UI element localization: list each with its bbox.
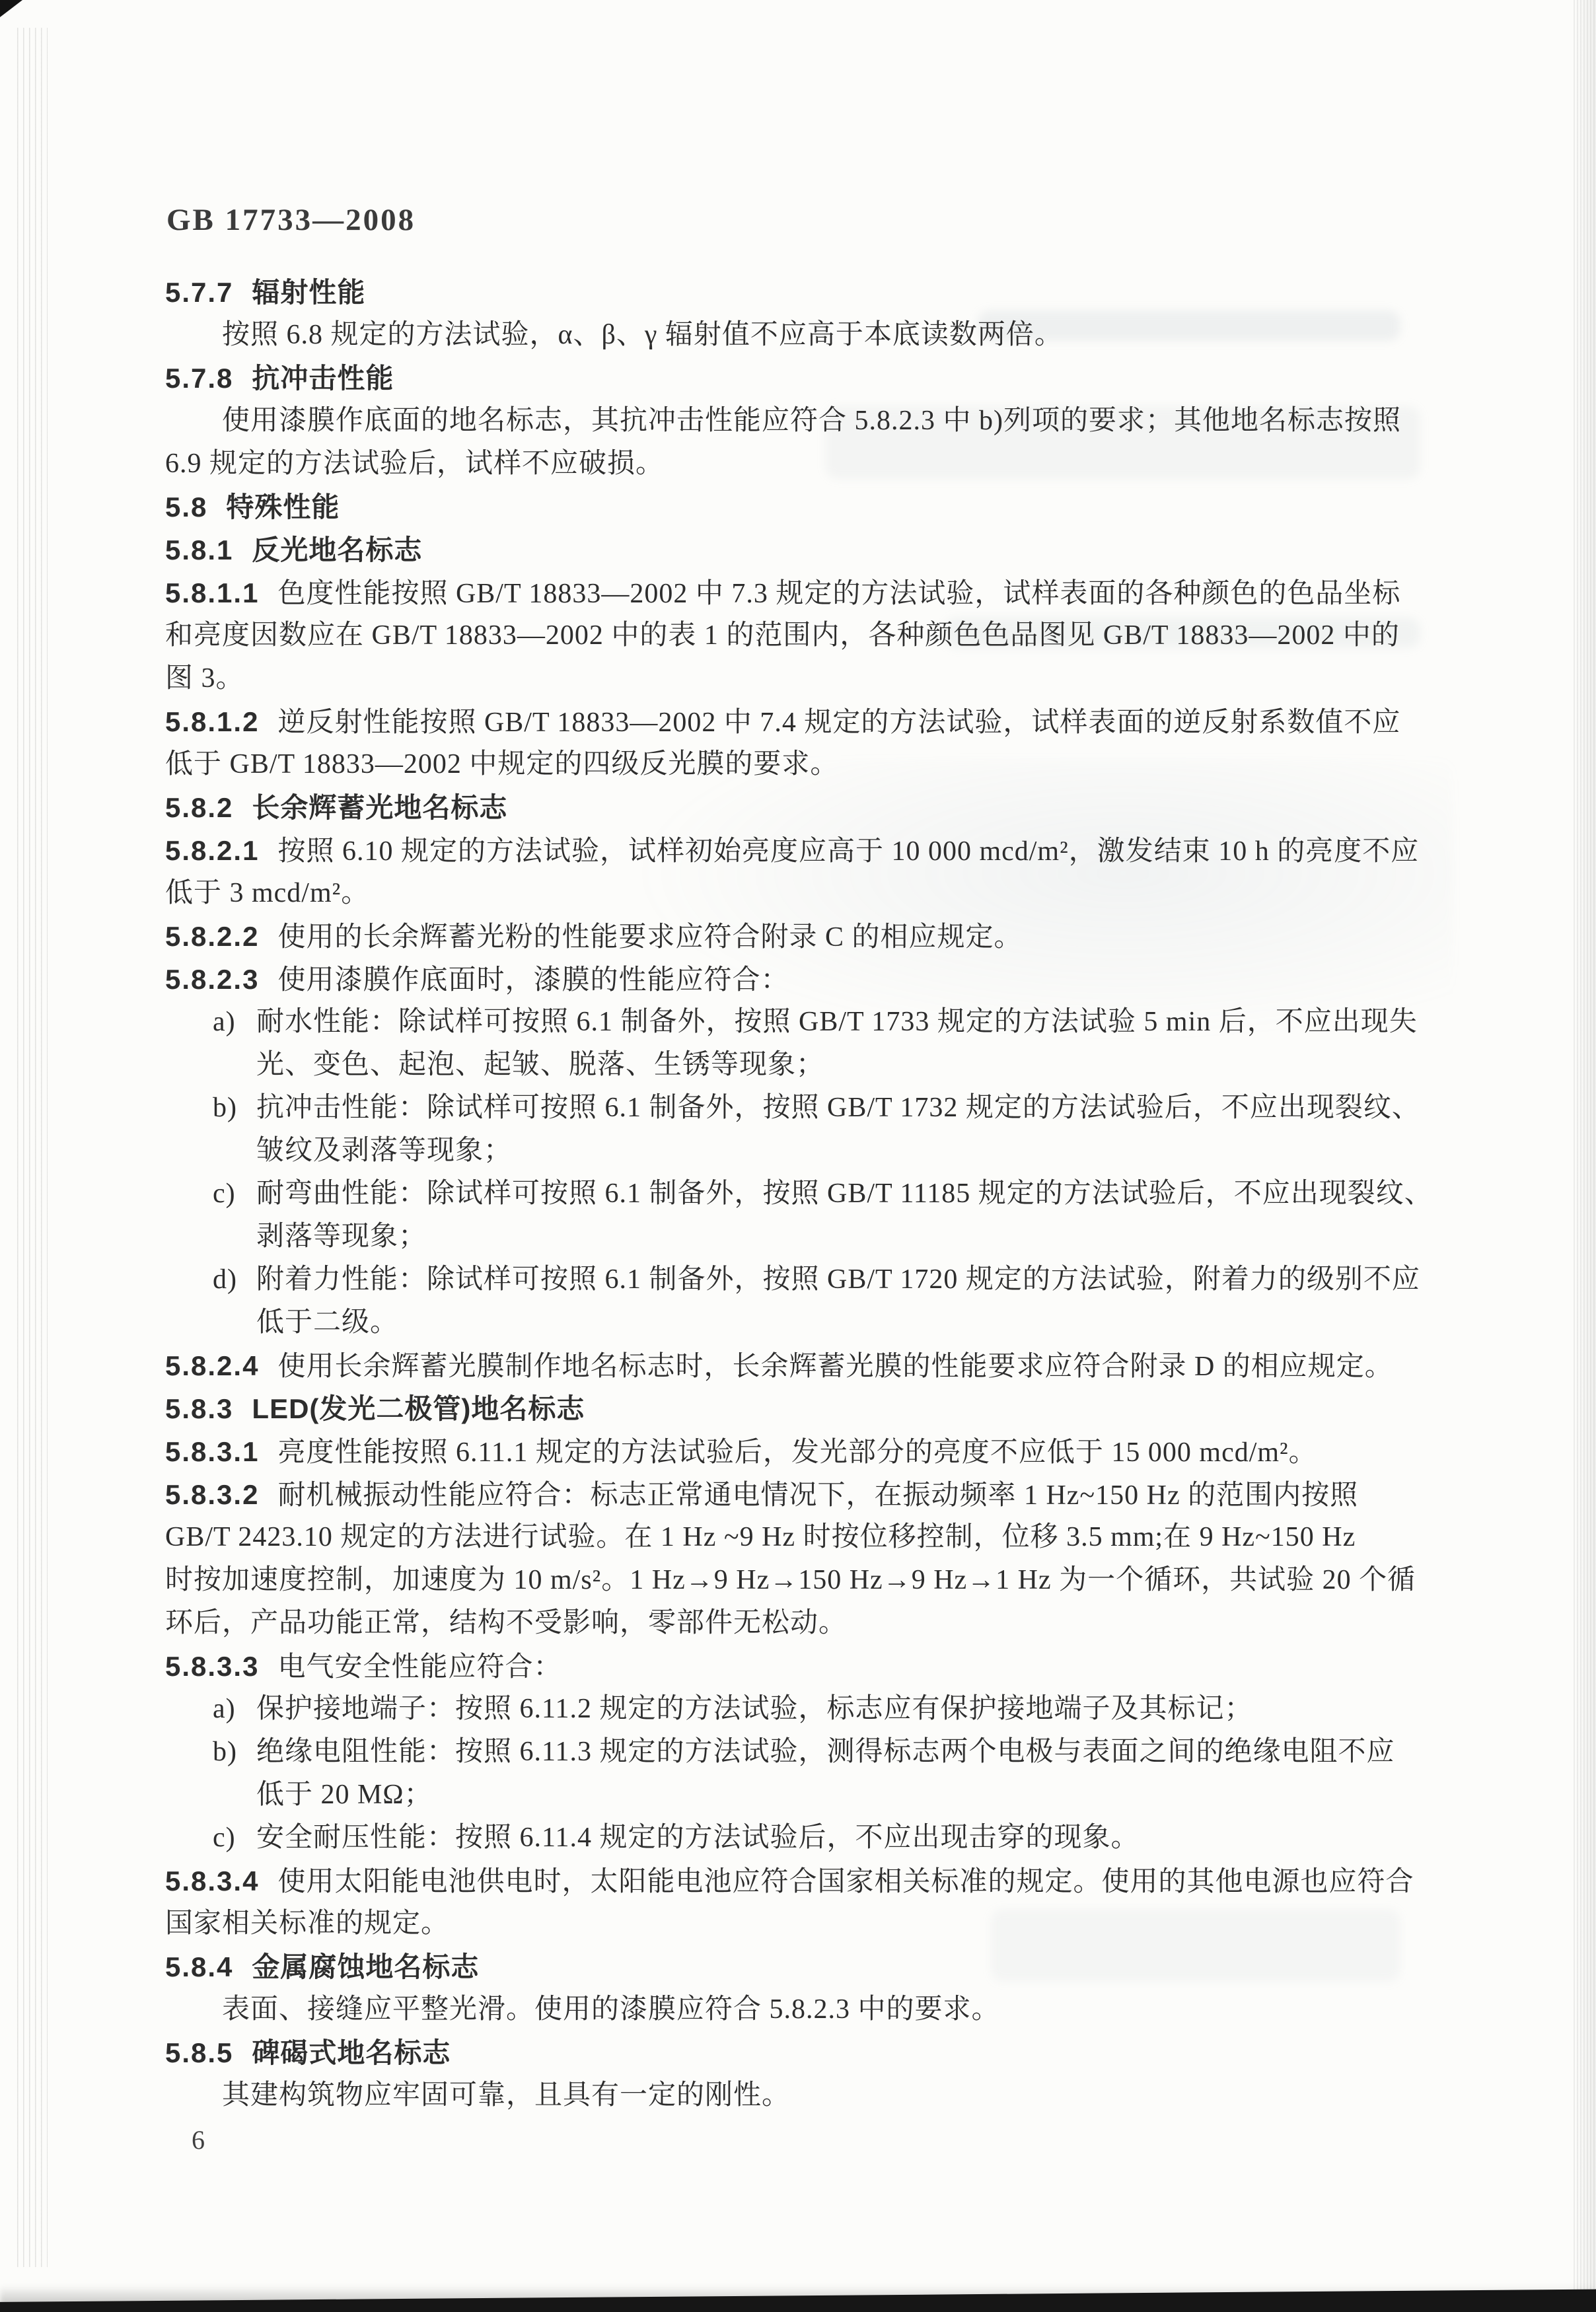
doc-line: a)耐水性能：除试样可按照 6.1 制备外，按照 GB/T 1733 规定的方法… xyxy=(165,1001,1437,1044)
clause-number: 5.8.3 xyxy=(165,1393,233,1424)
line-text: 环后，产品功能正常，结构不受影响，零部件无松动。 xyxy=(165,1608,847,1638)
clause-number: 5.8.2.3 xyxy=(165,964,259,995)
clause-number: 5.8.3.4 xyxy=(165,1865,259,1897)
doc-line: b)绝缘电阻性能：按照 6.11.3 规定的方法试验，测得标志两个电极与表面之间… xyxy=(165,1731,1437,1774)
doc-line: 低于 GB/T 18833—2002 中规定的四级反光膜的要求。 xyxy=(165,743,1437,786)
doc-line: 表面、接缝应平整光滑。使用的漆膜应符合 5.8.2.3 中的要求。 xyxy=(165,1988,1437,2031)
line-text: 光、变色、起泡、起皱、脱落、生锈等现象； xyxy=(256,1050,824,1080)
line-text: 使用漆膜作底面的地名标志，其抗冲击性能应符合 5.8.2.3 中 b)列项的要求… xyxy=(222,406,1401,436)
line-text: 低于二级。 xyxy=(256,1307,398,1338)
line-text: 耐机械振动性能应符合：标志正常通电情况下，在振动频率 1 Hz~150 Hz 的… xyxy=(277,1480,1358,1511)
line-text: 使用的长余辉蓄光粉的性能要求应符合附录 C 的相应规定。 xyxy=(277,922,1022,953)
line-text: 使用长余辉蓄光膜制作地名标志时，长余辉蓄光膜的性能要求应符合附录 D 的相应规定… xyxy=(277,1352,1393,1382)
line-text: 色度性能按照 GB/T 18833—2002 中 7.3 规定的方法试验，试样表… xyxy=(277,579,1400,609)
doc-line: 其建构筑物应牢固可靠，且具有一定的刚性。 xyxy=(165,2074,1437,2117)
clause-number: 5.8.4 xyxy=(165,1951,233,1982)
list-label: a) xyxy=(213,1688,256,1731)
doc-line: 和亮度因数应在 GB/T 18833—2002 中的表 1 的范围内，各种颜色色… xyxy=(165,614,1437,657)
line-text: 6.9 规定的方法试验后，试样不应破损。 xyxy=(165,449,664,479)
line-text: 图 3。 xyxy=(165,663,244,694)
line-text: 金属腐蚀地名标志 xyxy=(252,1951,479,1982)
doc-line: 5.8.1.1色度性能按照 GB/T 18833—2002 中 7.3 规定的方… xyxy=(165,571,1437,614)
clause-number: 5.8.3.1 xyxy=(165,1436,259,1467)
line-text: 剥落等现象； xyxy=(256,1221,427,1252)
doc-line: 按照 6.8 规定的方法试验，α、β、γ 辐射值不应高于本底读数两倍。 xyxy=(165,314,1437,357)
line-text: 表面、接缝应平整光滑。使用的漆膜应符合 5.8.2.3 中的要求。 xyxy=(222,1994,1000,2025)
clause-number: 5.8.1 xyxy=(165,534,233,565)
doc-line: a)保护接地端子：按照 6.11.2 规定的方法试验，标志应有保护接地端子及其标… xyxy=(165,1688,1437,1731)
line-text: 亮度性能按照 6.11.1 规定的方法试验后，发光部分的亮度不应低于 15 00… xyxy=(277,1437,1317,1468)
doc-line: c)耐弯曲性能：除试样可按照 6.1 制备外，按照 GB/T 11185 规定的… xyxy=(165,1173,1437,1215)
doc-line: d)附着力性能：除试样可按照 6.1 制备外，按照 GB/T 1720 规定的方… xyxy=(165,1258,1437,1301)
clause-number: 5.8.2.2 xyxy=(165,921,259,952)
list-label: d) xyxy=(213,1258,256,1301)
line-text: 使用漆膜作底面时，漆膜的性能应符合： xyxy=(277,965,789,995)
list-label: a) xyxy=(213,1001,256,1044)
doc-line: 使用漆膜作底面的地名标志，其抗冲击性能应符合 5.8.2.3 中 b)列项的要求… xyxy=(165,400,1437,443)
line-text: 时按加速度控制，加速度为 10 m/s²。1 Hz→9 Hz→150 Hz→9 … xyxy=(165,1565,1416,1595)
line-text: 和亮度因数应在 GB/T 18833—2002 中的表 1 的范围内，各种颜色色… xyxy=(165,620,1400,651)
line-text: 保护接地端子：按照 6.11.2 规定的方法试验，标志应有保护接地端子及其标记； xyxy=(256,1694,1252,1724)
page-number: 6 xyxy=(192,2124,205,2155)
line-text: 低于 20 MΩ； xyxy=(256,1780,433,1810)
document-body: 5.7.7辐射性能按照 6.8 规定的方法试验，α、β、γ 辐射值不应高于本底读… xyxy=(165,271,1437,2117)
doc-line: c)安全耐压性能：按照 6.11.4 规定的方法试验后，不应出现击穿的现象。 xyxy=(165,1817,1437,1860)
doc-line: 5.8.2.1按照 6.10 规定的方法试验，试样初始亮度应高于 10 000 … xyxy=(165,829,1437,872)
line-text: 碑碣式地名标志 xyxy=(252,2037,451,2068)
doc-line: 5.8.2.4使用长余辉蓄光膜制作地名标志时，长余辉蓄光膜的性能要求应符合附录 … xyxy=(165,1344,1437,1387)
list-label: b) xyxy=(213,1087,256,1130)
doc-line: 低于 3 mcd/m²。 xyxy=(165,872,1437,915)
doc-line: 5.8.3.3电气安全性能应符合： xyxy=(165,1645,1437,1688)
doc-line: 5.8.3.1亮度性能按照 6.11.1 规定的方法试验后，发光部分的亮度不应低… xyxy=(165,1430,1437,1473)
line-text: 使用太阳能电池供电时，太阳能电池应符合国家相关标准的规定。使用的其他电源也应符合 xyxy=(277,1867,1414,1897)
line-text: 附着力性能：除试样可按照 6.1 制备外，按照 GB/T 1720 规定的方法试… xyxy=(256,1264,1420,1295)
doc-line: 环后，产品功能正常，结构不受影响，零部件无松动。 xyxy=(165,1602,1437,1645)
clause-number: 5.8.1.1 xyxy=(165,577,259,608)
doc-line: 5.8.4金属腐蚀地名标志 xyxy=(165,1945,1437,1988)
clause-number: 5.8.5 xyxy=(165,2037,233,2068)
doc-line: 剥落等现象； xyxy=(165,1215,1437,1258)
doc-line: 5.8.2.3使用漆膜作底面时，漆膜的性能应符合： xyxy=(165,958,1437,1001)
standard-number-header: GB 17733—2008 xyxy=(166,202,416,238)
line-text: 耐水性能：除试样可按照 6.1 制备外，按照 GB/T 1733 规定的方法试验… xyxy=(256,1007,1418,1037)
line-text: 绝缘电阻性能：按照 6.11.3 规定的方法试验，测得标志两个电极与表面之间的绝… xyxy=(256,1737,1395,1767)
line-text: 皱纹及剥落等现象； xyxy=(256,1136,512,1166)
doc-line: 5.8特殊性能 xyxy=(165,486,1437,528)
doc-line: 图 3。 xyxy=(165,657,1437,700)
list-label: c) xyxy=(213,1173,256,1215)
clause-number: 5.8.2 xyxy=(165,792,233,823)
line-text: 低于 3 mcd/m²。 xyxy=(165,878,369,908)
doc-line: 5.7.8抗冲击性能 xyxy=(165,357,1437,400)
doc-line: 低于 20 MΩ； xyxy=(165,1774,1437,1817)
line-text: LED(发光二极管)地名标志 xyxy=(252,1393,585,1424)
clause-number: 5.8.2.1 xyxy=(165,835,259,866)
doc-line: 5.8.3LED(发光二极管)地名标志 xyxy=(165,1387,1437,1430)
line-text: GB/T 2423.10 规定的方法进行试验。在 1 Hz ~9 Hz 时按位移… xyxy=(165,1522,1356,1552)
list-label: c) xyxy=(213,1817,256,1860)
clause-number: 5.8 xyxy=(165,491,207,523)
scan-corner-artifact xyxy=(0,0,22,17)
list-label: b) xyxy=(213,1731,256,1774)
scan-edge-streaks xyxy=(1574,0,1596,2312)
doc-line: 5.8.5碑碣式地名标志 xyxy=(165,2031,1437,2074)
clause-number: 5.8.3.2 xyxy=(165,1479,259,1510)
doc-line: 光、变色、起泡、起皱、脱落、生锈等现象； xyxy=(165,1044,1437,1087)
line-text: 国家相关标准的规定。 xyxy=(165,1908,449,1939)
line-text: 反光地名标志 xyxy=(252,534,422,565)
doc-line: 5.8.2长余辉蓄光地名标志 xyxy=(165,786,1437,829)
line-text: 安全耐压性能：按照 6.11.4 规定的方法试验后，不应出现击穿的现象。 xyxy=(256,1823,1139,1853)
line-text: 抗冲击性能：除试样可按照 6.1 制备外，按照 GB/T 1732 规定的方法试… xyxy=(256,1093,1420,1123)
doc-line: 时按加速度控制，加速度为 10 m/s²。1 Hz→9 Hz→150 Hz→9 … xyxy=(165,1559,1437,1602)
clause-number: 5.8.2.4 xyxy=(165,1350,259,1381)
line-text: 按照 6.8 规定的方法试验，α、β、γ 辐射值不应高于本底读数两倍。 xyxy=(222,320,1063,350)
doc-line: 皱纹及剥落等现象； xyxy=(165,1130,1437,1173)
doc-line: 5.8.3.2耐机械振动性能应符合：标志正常通电情况下，在振动频率 1 Hz~1… xyxy=(165,1473,1437,1516)
clause-number: 5.7.7 xyxy=(165,277,233,308)
line-text: 其建构筑物应牢固可靠，且具有一定的刚性。 xyxy=(222,2080,790,2111)
doc-line: b)抗冲击性能：除试样可按照 6.1 制备外，按照 GB/T 1732 规定的方… xyxy=(165,1087,1437,1130)
line-text: 低于 GB/T 18833—2002 中规定的四级反光膜的要求。 xyxy=(165,749,838,779)
doc-line: 国家相关标准的规定。 xyxy=(165,1902,1437,1945)
doc-line: 5.8.1反光地名标志 xyxy=(165,528,1437,571)
line-text: 特殊性能 xyxy=(226,491,340,523)
clause-number: 5.7.8 xyxy=(165,363,233,394)
line-text: 辐射性能 xyxy=(252,277,365,308)
line-text: 长余辉蓄光地名标志 xyxy=(252,792,507,823)
doc-line: 5.8.2.2使用的长余辉蓄光粉的性能要求应符合附录 C 的相应规定。 xyxy=(165,915,1437,958)
doc-line: 低于二级。 xyxy=(165,1301,1437,1344)
line-text: 电气安全性能应符合： xyxy=(277,1652,562,1682)
line-text: 按照 6.10 规定的方法试验，试样初始亮度应高于 10 000 mcd/m²，… xyxy=(277,836,1419,867)
line-text: 逆反射性能按照 GB/T 18833—2002 中 7.4 规定的方法试验，试样… xyxy=(277,707,1400,738)
doc-line: 5.8.1.2逆反射性能按照 GB/T 18833—2002 中 7.4 规定的… xyxy=(165,700,1437,743)
clause-number: 5.8.3.3 xyxy=(165,1651,259,1682)
line-text: 抗冲击性能 xyxy=(252,363,394,394)
scan-fold-lines xyxy=(17,28,48,2267)
doc-line: 5.7.7辐射性能 xyxy=(165,271,1437,314)
line-text: 耐弯曲性能：除试样可按照 6.1 制备外，按照 GB/T 11185 规定的方法… xyxy=(256,1178,1433,1209)
doc-line: GB/T 2423.10 规定的方法进行试验。在 1 Hz ~9 Hz 时按位移… xyxy=(165,1516,1437,1559)
doc-line: 5.8.3.4使用太阳能电池供电时，太阳能电池应符合国家相关标准的规定。使用的其… xyxy=(165,1860,1437,1902)
clause-number: 5.8.1.2 xyxy=(165,706,259,737)
doc-line: 6.9 规定的方法试验后，试样不应破损。 xyxy=(165,443,1437,486)
scanned-document-page: GB 17733—2008 5.7.7辐射性能按照 6.8 规定的方法试验，α、… xyxy=(0,0,1596,2312)
